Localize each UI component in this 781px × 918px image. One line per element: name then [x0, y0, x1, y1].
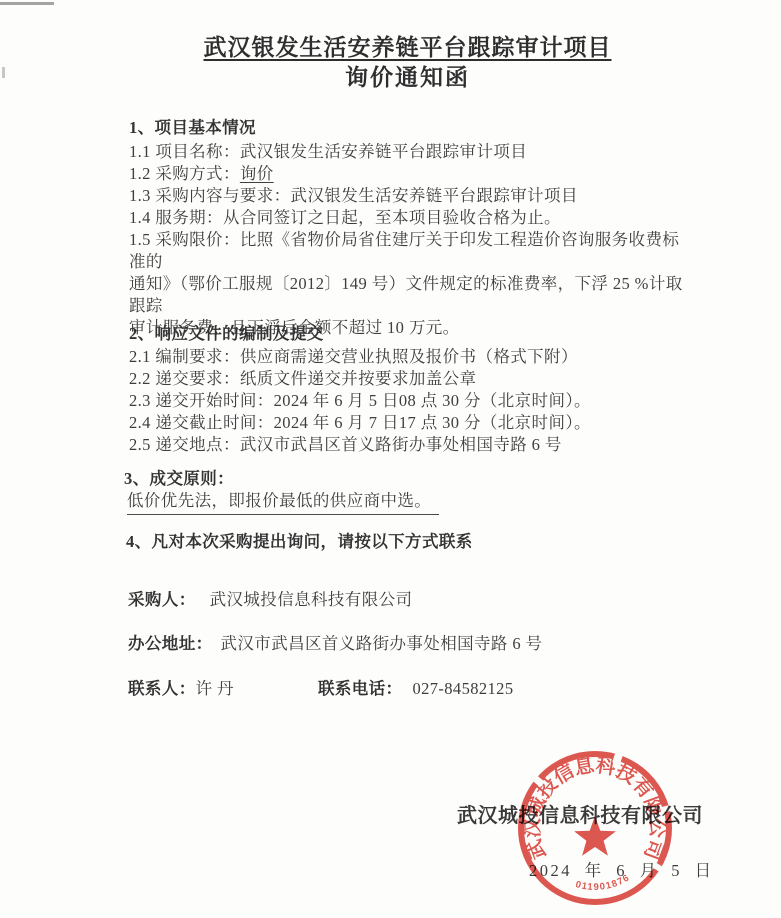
section1-item-service-period: 1.4 服务期：从合同签订之日起，至本项目验收合格为止。 — [129, 207, 689, 229]
address-value: 武汉市武昌区首义路街办事处相国寺路 6 号 — [221, 634, 543, 653]
contact-buyer-row: 采购人：武汉城投信息科技有限公司 — [128, 589, 688, 611]
company-seal-stamp: 武汉城投信息科技有限公司 4201190187649 — [517, 750, 673, 906]
buyer-value: 武汉城投信息科技有限公司 — [210, 590, 413, 609]
scanned-document-page: 武汉银发生活安养链平台跟踪审计项目 询价通知函 1、项目基本情况 1.1 项目名… — [0, 0, 781, 918]
address-label: 办公地址： — [128, 634, 213, 653]
section3-heading: 3、成交原则： — [124, 468, 684, 490]
section2-heading: 2、响应文件的编制及提交 — [129, 323, 689, 345]
section4-heading: 4、凡对本次采购提出询问，请按以下方式联系 — [126, 531, 686, 553]
document-title-line1: 武汉银发生活安养链平台跟踪审计项目 — [34, 34, 781, 62]
section2-item-start-time: 2.3 递交开始时间：2024 年 6 月 5 日08 点 30 分（北京时间）… — [129, 390, 689, 412]
section1-heading: 1、项目基本情况 — [129, 117, 689, 139]
contact-person-label: 联系人： — [128, 679, 196, 698]
contact-person-value: 许 丹 — [196, 679, 234, 698]
procurement-method-label: 1.2 采购方式： — [129, 164, 240, 183]
procurement-method-value: 询价 — [240, 164, 274, 183]
scan-artifact-top-edge — [0, 2, 54, 5]
scan-artifact-left-edge — [2, 67, 5, 78]
section2-item-preparation: 2.1 编制要求：供应商需递交营业执照及报价书（格式下附） — [129, 346, 689, 368]
contact-address-row: 办公地址：武汉市武昌区首义路街办事处相国寺路 6 号 — [128, 633, 688, 655]
contact-phone-value: 027-84582125 — [412, 679, 513, 698]
section1-item-project-name: 1.1 项目名称：武汉银发生活安养链平台跟踪审计项目 — [129, 141, 689, 163]
seal-star-icon — [574, 816, 616, 856]
section2-item-submission-requirement: 2.2 递交要求：纸质文件递交并按要求加盖公章 — [129, 368, 689, 390]
award-rule-text: 低价优先法，即报价最低的供应商中选。 — [127, 490, 439, 515]
section2-item-deadline: 2.4 递交截止时间：2024 年 6 月 7 日17 点 30 分（北京时间）… — [129, 412, 689, 434]
buyer-label: 采购人： — [128, 590, 196, 609]
seal-graphic: 武汉城投信息科技有限公司 4201190187649 — [517, 750, 673, 906]
section1-item-procurement-method: 1.2 采购方式：询价 — [129, 163, 689, 185]
section3-rule-line: 低价优先法，即报价最低的供应商中选。 — [127, 490, 687, 515]
section2-item-location: 2.5 递交地点：武汉市武昌区首义路街办事处相国寺路 6 号 — [129, 434, 689, 456]
contact-phone-label: 联系电话： — [318, 679, 403, 698]
document-title: 武汉银发生活安养链平台跟踪审计项目 询价通知函 — [34, 34, 781, 92]
contact-person-row: 联系人：许 丹联系电话：027-84582125 — [128, 678, 688, 700]
section1-item-procurement-content: 1.3 采购内容与要求：武汉银发生活安养链平台跟踪审计项目 — [129, 185, 689, 207]
document-title-line2: 询价通知函 — [34, 64, 781, 92]
